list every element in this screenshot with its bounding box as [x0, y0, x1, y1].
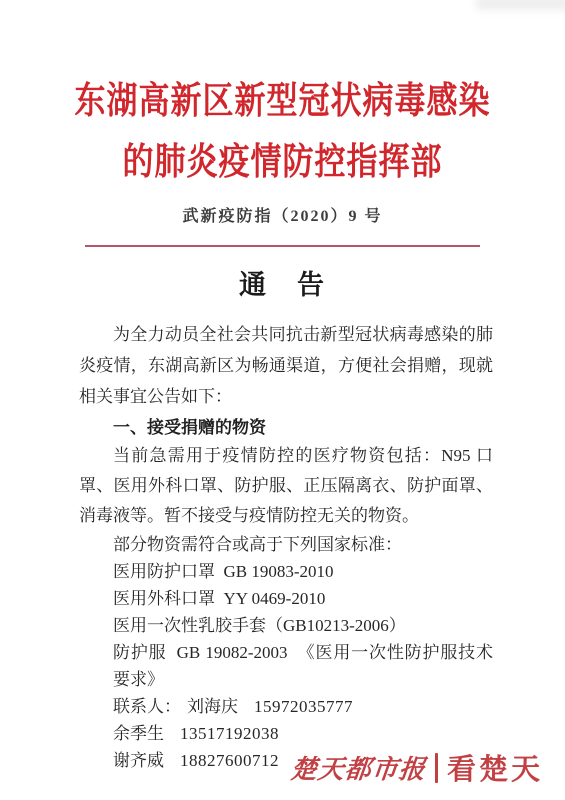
notice-body: 通 告 为全力动员全社会共同抗击新型冠状病毒感染的肺炎疫情，东湖高新区为畅通渠道…	[0, 263, 565, 774]
contact-name: 谢齐威	[113, 751, 164, 770]
press-watermark: 楚天都市报 看楚天	[291, 747, 543, 788]
standard-item: 防护服 GB 19082-2003 《医用一次性防护服技术要求》	[79, 639, 493, 693]
press-brand-name: 楚天都市报	[289, 749, 428, 786]
standards-intro: 部分物资需符合或高于下列国家标准：	[79, 531, 493, 558]
contact-label: 联系人：	[113, 697, 181, 716]
contact-row: 余季生13517192038	[79, 720, 493, 747]
contact-name: 余季生	[113, 724, 164, 743]
letterhead: 东湖高新区新型冠状病毒感染 的肺炎疫情防控指挥部 武新疫防指（2020）9 号	[0, 0, 565, 247]
scanned-notice-page: 东湖高新区新型冠状病毒感染 的肺炎疫情防控指挥部 武新疫防指（2020）9 号 …	[0, 0, 565, 800]
issuing-org-line2: 的肺炎疫情防控指挥部	[0, 143, 565, 180]
contact-phone: 18827600712	[180, 751, 279, 770]
notice-title: 通 告	[0, 263, 565, 302]
notice-text: 为全力动员全社会共同抗击新型冠状病毒感染的肺炎疫情，东湖高新区为畅通渠道，方便社…	[0, 302, 565, 774]
intro-paragraph: 为全力动员全社会共同抗击新型冠状病毒感染的肺炎疫情，东湖高新区为畅通渠道，方便社…	[79, 319, 493, 412]
press-brand-slogan: 看楚天	[447, 747, 543, 788]
section1-heading: 一、接受捐赠的物资	[79, 415, 493, 441]
standard-item: 医用一次性乳胶手套（GB10213-2006）	[79, 612, 493, 639]
contact-phone: 15972035777	[254, 697, 353, 716]
letterhead-divider	[85, 245, 480, 247]
standard-item: 医用外科口罩 YY 0469-2010	[79, 585, 493, 612]
contact-name: 刘海庆	[187, 697, 238, 716]
standard-item: 医用防护口罩 GB 19083-2010	[79, 558, 493, 585]
contact-phone: 13517192038	[180, 724, 279, 743]
materials-paragraph: 当前急需用于疫情防控的医疗物资包括：N95 口罩、医用外科口罩、防护服、正压隔离…	[79, 441, 493, 531]
issuing-org-line1: 东湖高新区新型冠状病毒感染	[0, 82, 565, 119]
contact-row: 联系人：刘海庆15972035777	[79, 693, 493, 720]
footer-divider-bar	[435, 753, 438, 783]
document-number: 武新疫防指（2020）9 号	[0, 203, 565, 226]
